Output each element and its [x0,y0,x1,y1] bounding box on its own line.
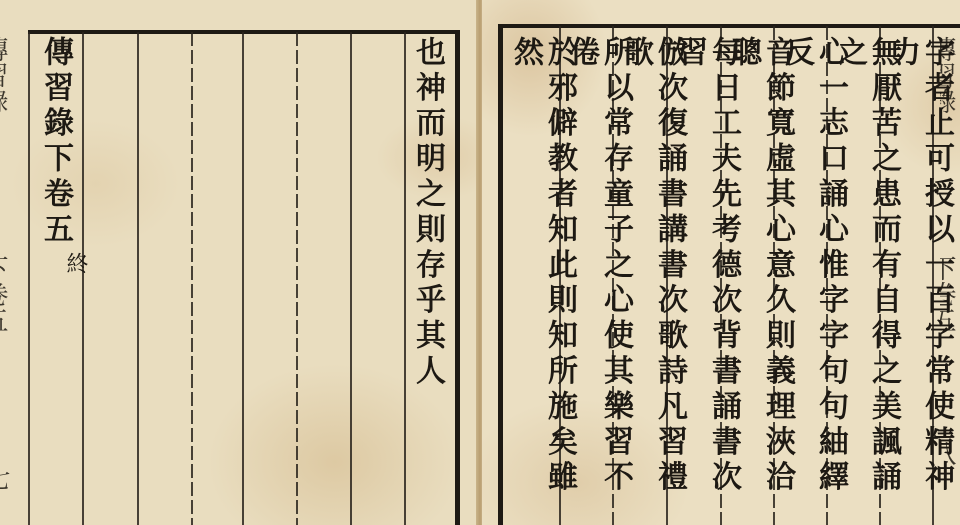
column-rule [28,32,30,525]
end-marker: 終 [60,252,91,274]
column-rule [191,32,193,525]
left-edge-fragment: 傳習錄 [0,36,12,156]
column-rule [296,32,298,525]
text-column-last: 也神而明之則存乎其人 [410,36,444,390]
column-rule [137,32,139,525]
column-rule [404,32,406,525]
right-edge-fragment-lower: 下卷五 [940,255,960,355]
column-rule [350,32,352,525]
right-edge-fragment: 傳習錄 [940,36,960,146]
left-edge-fragment-lower: 下卷五 [0,255,12,355]
left-page-right-border [455,30,460,525]
right-page-left-border [498,24,503,525]
left-page: 傳習錄 下卷五 七 傳習錄下卷五 終 也神而明之則存乎其人 [0,0,478,525]
column-rule [82,32,84,525]
colophon-title: 傳習錄下卷五 [38,36,72,248]
right-page-top-border [500,24,960,28]
left-edge-page-number: 七 [0,465,14,505]
left-page-top-border [28,30,460,34]
right-edge-page-number: 八 [940,440,960,480]
column-rule [242,32,244,525]
right-page: 於邪僻教者知此則知所施矣雖然 所以常存童子之心使其樂習不倦 倣次復誦書講書次歌詩… [482,0,960,525]
